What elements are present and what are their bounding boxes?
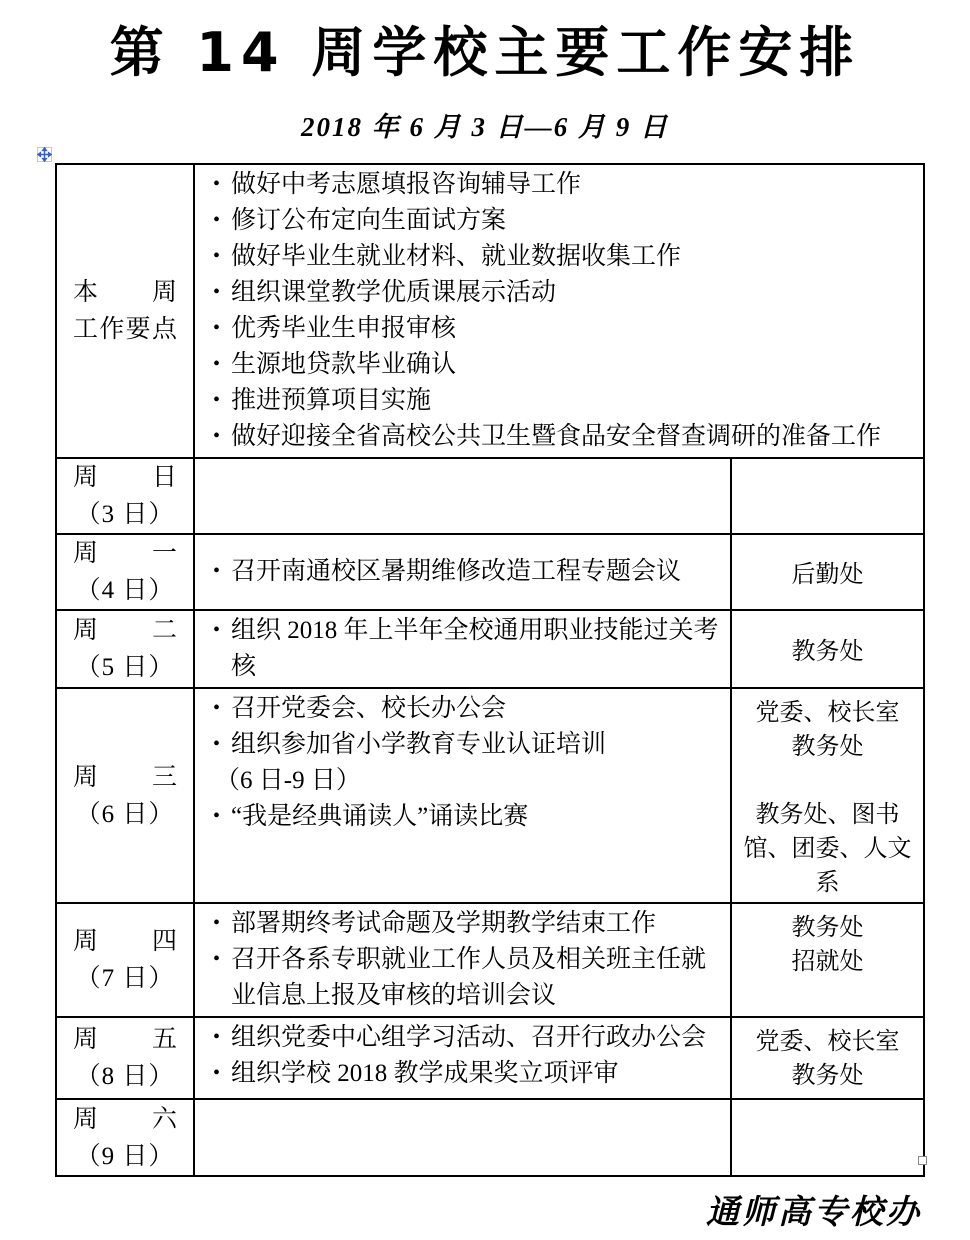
day-row: 周三 （6 日） •召开党委会、校长办公会•组织参加省小学教育专业认证培训（6 … bbox=[56, 688, 924, 903]
day-label-cell: 周二 （5 日） bbox=[56, 610, 194, 688]
day-task-list: •组织 2018 年上半年全校通用职业技能过关考核 bbox=[207, 613, 720, 685]
day-task-list: •召开党委会、校长办公会•组织参加省小学教育专业认证培训（6 日-9 日）•“我… bbox=[207, 691, 720, 835]
bullet-icon: • bbox=[213, 798, 220, 834]
day-task-list: •召开南通校区暑期维修改造工程专题会议 bbox=[207, 554, 720, 590]
day-dept-cell: 后勤处 bbox=[731, 534, 924, 610]
day-date: （4 日） bbox=[73, 572, 177, 609]
day-dept-cell: 教务处 招就处 bbox=[731, 903, 924, 1017]
day-tasks-cell bbox=[194, 1099, 731, 1176]
bullet-icon: • bbox=[213, 553, 220, 589]
schedule-table-body: 本周 工作要点 •做好中考志愿填报咨询辅导工作•修订公布定向生面试方案•做好毕业… bbox=[56, 164, 924, 1176]
day-row: 周一 （4 日） •召开南通校区暑期维修改造工程专题会议 后勤处 bbox=[56, 534, 924, 610]
bullet-icon: • bbox=[213, 612, 220, 648]
footer-signature: 通师高专校办 bbox=[706, 1186, 922, 1233]
day-date: （7 日） bbox=[73, 960, 177, 997]
day-label-cell: 周一 （4 日） bbox=[56, 534, 194, 610]
bullet-icon: • bbox=[213, 238, 220, 274]
day-date: （6 日） bbox=[73, 796, 177, 833]
task-item: •组织 2018 年上半年全校通用职业技能过关考核 bbox=[207, 613, 720, 685]
day-label-cell: 周日 （3 日） bbox=[56, 458, 194, 534]
summary-tasks-cell: •做好中考志愿填报咨询辅导工作•修订公布定向生面试方案•做好毕业生就业材料、就业… bbox=[194, 164, 924, 458]
bullet-icon: • bbox=[213, 274, 220, 310]
day-tasks-cell: •召开党委会、校长办公会•组织参加省小学教育专业认证培训（6 日-9 日）•“我… bbox=[194, 688, 731, 903]
day-name: 周三 bbox=[73, 759, 177, 796]
day-dept-cell: 党委、校长室 教务处 bbox=[731, 1017, 924, 1099]
task-item: •修订公布定向生面试方案 bbox=[207, 203, 913, 239]
bullet-icon: • bbox=[213, 1055, 220, 1091]
task-item: •部署期终考试命题及学期教学结束工作 bbox=[207, 906, 720, 942]
summary-label-line1: 本周 bbox=[73, 274, 177, 311]
task-item: •做好迎接全省高校公共卫生暨食品安全督查调研的准备工作 bbox=[207, 419, 913, 455]
task-item: •组织学校 2018 教学成果奖立项评审 bbox=[207, 1056, 720, 1092]
bullet-icon: • bbox=[213, 941, 220, 977]
day-task-list: •组织党委中心组学习活动、召开行政办公会•组织学校 2018 教学成果奖立项评审 bbox=[207, 1020, 720, 1092]
day-date: （3 日） bbox=[73, 496, 177, 533]
bullet-icon: • bbox=[213, 310, 220, 346]
summary-label-line2: 工作要点 bbox=[73, 311, 177, 348]
day-name: 周二 bbox=[73, 612, 177, 649]
date-range: 2018 年 6 月 3 日—6 月 9 日 bbox=[0, 105, 970, 144]
day-tasks-cell: •组织党委中心组学习活动、召开行政办公会•组织学校 2018 教学成果奖立项评审 bbox=[194, 1017, 731, 1099]
day-label-cell: 周六 （9 日） bbox=[56, 1099, 194, 1176]
task-item: •生源地贷款毕业确认 bbox=[207, 347, 913, 383]
dept-text: 教务处 招就处 bbox=[738, 911, 917, 979]
task-item: •“我是经典诵读人”诵读比赛 bbox=[207, 799, 720, 835]
task-continuation: （6 日-9 日） bbox=[207, 763, 720, 799]
day-label-cell: 周五 （8 日） bbox=[56, 1017, 194, 1099]
bullet-icon: • bbox=[213, 690, 220, 726]
bullet-icon: • bbox=[213, 905, 220, 941]
task-item: •推进预算项目实施 bbox=[207, 383, 913, 419]
page-title: 第 14 周学校主要工作安排 bbox=[0, 10, 970, 87]
bullet-icon: • bbox=[213, 346, 220, 382]
day-name: 周五 bbox=[73, 1021, 177, 1058]
dept-text: 后勤处 bbox=[738, 558, 917, 592]
day-name: 周四 bbox=[73, 923, 177, 960]
summary-task-list: •做好中考志愿填报咨询辅导工作•修订公布定向生面试方案•做好毕业生就业材料、就业… bbox=[207, 167, 913, 455]
day-task-list: •部署期终考试命题及学期教学结束工作•召开各系专职就业工作人员及相关班主任就业信… bbox=[207, 906, 720, 1014]
day-dept-cell bbox=[731, 458, 924, 534]
bullet-icon: • bbox=[213, 418, 220, 454]
table-resize-handle-icon[interactable] bbox=[918, 1156, 927, 1165]
day-row: 周六 （9 日） bbox=[56, 1099, 924, 1176]
day-tasks-cell: •召开南通校区暑期维修改造工程专题会议 bbox=[194, 534, 731, 610]
schedule-table: 本周 工作要点 •做好中考志愿填报咨询辅导工作•修订公布定向生面试方案•做好毕业… bbox=[55, 163, 925, 1177]
task-item: •做好中考志愿填报咨询辅导工作 bbox=[207, 167, 913, 203]
task-item: •组织参加省小学教育专业认证培训 bbox=[207, 727, 720, 763]
bullet-icon: • bbox=[213, 1019, 220, 1055]
dept-text: 党委、校长室 教务处 bbox=[738, 1025, 917, 1093]
day-row: 周日 （3 日） bbox=[56, 458, 924, 534]
day-date: （8 日） bbox=[73, 1058, 177, 1095]
dept-text: 教务处 bbox=[738, 635, 917, 669]
day-row: 周二 （5 日） •组织 2018 年上半年全校通用职业技能过关考核 教务处 bbox=[56, 610, 924, 688]
day-name: 周日 bbox=[73, 459, 177, 496]
task-item: •组织党委中心组学习活动、召开行政办公会 bbox=[207, 1020, 720, 1056]
bullet-icon: • bbox=[213, 202, 220, 238]
bullet-icon: • bbox=[213, 726, 220, 762]
day-dept-cell bbox=[731, 1099, 924, 1176]
task-item: •组织课堂教学优质课展示活动 bbox=[207, 275, 913, 311]
day-tasks-cell bbox=[194, 458, 731, 534]
task-item: •召开党委会、校长办公会 bbox=[207, 691, 720, 727]
day-label-cell: 周四 （7 日） bbox=[56, 903, 194, 1017]
task-item: •召开南通校区暑期维修改造工程专题会议 bbox=[207, 554, 720, 590]
table-move-handle-icon[interactable] bbox=[37, 147, 52, 162]
bullet-icon: • bbox=[213, 382, 220, 418]
day-name: 周六 bbox=[73, 1101, 177, 1138]
task-item: •做好毕业生就业材料、就业数据收集工作 bbox=[207, 239, 913, 275]
day-date: （9 日） bbox=[73, 1138, 177, 1175]
day-dept-cell: 教务处 bbox=[731, 610, 924, 688]
day-dept-cell: 党委、校长室 教务处 教务处、图书 馆、团委、人文 系 bbox=[731, 688, 924, 903]
day-label-cell: 周三 （6 日） bbox=[56, 688, 194, 903]
day-name: 周一 bbox=[73, 535, 177, 572]
bullet-icon: • bbox=[213, 166, 220, 202]
document-page: 第 14 周学校主要工作安排 2018 年 6 月 3 日—6 月 9 日 本周… bbox=[0, 0, 970, 1240]
day-row: 周五 （8 日） •组织党委中心组学习活动、召开行政办公会•组织学校 2018 … bbox=[56, 1017, 924, 1099]
task-item: •优秀毕业生申报审核 bbox=[207, 311, 913, 347]
day-row: 周四 （7 日） •部署期终考试命题及学期教学结束工作•召开各系专职就业工作人员… bbox=[56, 903, 924, 1017]
summary-label-cell: 本周 工作要点 bbox=[56, 164, 194, 458]
day-date: （5 日） bbox=[73, 649, 177, 686]
summary-row: 本周 工作要点 •做好中考志愿填报咨询辅导工作•修订公布定向生面试方案•做好毕业… bbox=[56, 164, 924, 458]
day-tasks-cell: •部署期终考试命题及学期教学结束工作•召开各系专职就业工作人员及相关班主任就业信… bbox=[194, 903, 731, 1017]
dept-text: 党委、校长室 教务处 教务处、图书 馆、团委、人文 系 bbox=[738, 696, 917, 900]
task-item: •召开各系专职就业工作人员及相关班主任就业信息上报及审核的培训会议 bbox=[207, 942, 720, 1014]
day-tasks-cell: •组织 2018 年上半年全校通用职业技能过关考核 bbox=[194, 610, 731, 688]
